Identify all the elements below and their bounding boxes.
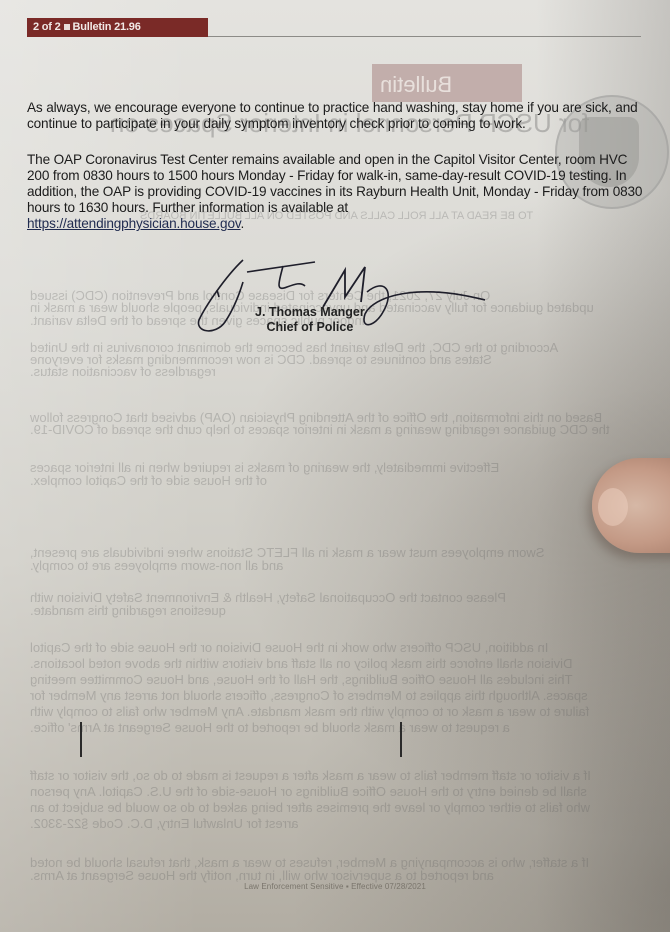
page-indicator: 2 of 2 [33,21,61,33]
link-suffix: . [241,216,245,231]
bleed-through-line: the CDC guidance regarding wearing a mas… [30,422,610,437]
square-bullet-icon [64,24,70,30]
test-center-text: The OAP Coronavirus Test Center remains … [27,152,642,215]
paragraph-hygiene: As always, we encourage everyone to cont… [27,100,647,132]
header-divider [208,36,641,37]
paragraph-test-center: The OAP Coronavirus Test Center remains … [27,152,647,232]
bleed-through-line: of the House side of the Capitol complex… [30,473,267,488]
ghost-bulletin-banner: Bulletin [372,64,522,102]
signatory-name: J. Thomas Manger [255,305,365,320]
staple-mark-right [400,722,402,757]
bleed-through-line: If a visitor or staff member fails to we… [30,768,591,783]
bleed-through-line: This includes all House Office Buildings… [30,672,572,687]
bleed-through-line: shall be denied entry to the House Offic… [30,784,587,799]
bleed-through-line: In addition, USCP officers who work in t… [30,640,548,655]
signatory-title: Chief of Police [255,320,365,335]
bleed-through-line: regardless of vaccination status. [30,364,216,379]
oap-website-link[interactable]: https://attendingphysician.house.gov [27,216,241,231]
bleed-through-line: who fails to either comply or leave the … [30,800,590,815]
staple-mark-left [80,722,82,757]
signature-block: J. Thomas Manger Chief of Police [255,305,365,335]
bleed-through-line: and all non-sworn employees are to compl… [30,558,283,573]
bleed-through-line: and reported to a supervisor who will, i… [30,868,494,883]
bulletin-number: Bulletin 21.96 [73,21,141,33]
bleed-through-line: arrest for Unlawful Entry, D.C. Code §22… [30,816,299,831]
bleed-through-line: Division shall enforce this mask policy … [30,656,572,671]
page-footer: Law Enforcement Sensitive ▪ Effective 07… [0,882,670,891]
bleed-through-line: spaces. Although this applies to Members… [30,688,588,703]
bleed-through-line: failure to wear a mask or to comply with… [30,704,589,719]
bulletin-header-bar: 2 of 2Bulletin 21.96 [27,18,208,37]
bleed-through-line: questions regarding this mandate. [30,603,226,618]
bleed-through-line: a request to wear a mask should be repor… [30,720,510,735]
